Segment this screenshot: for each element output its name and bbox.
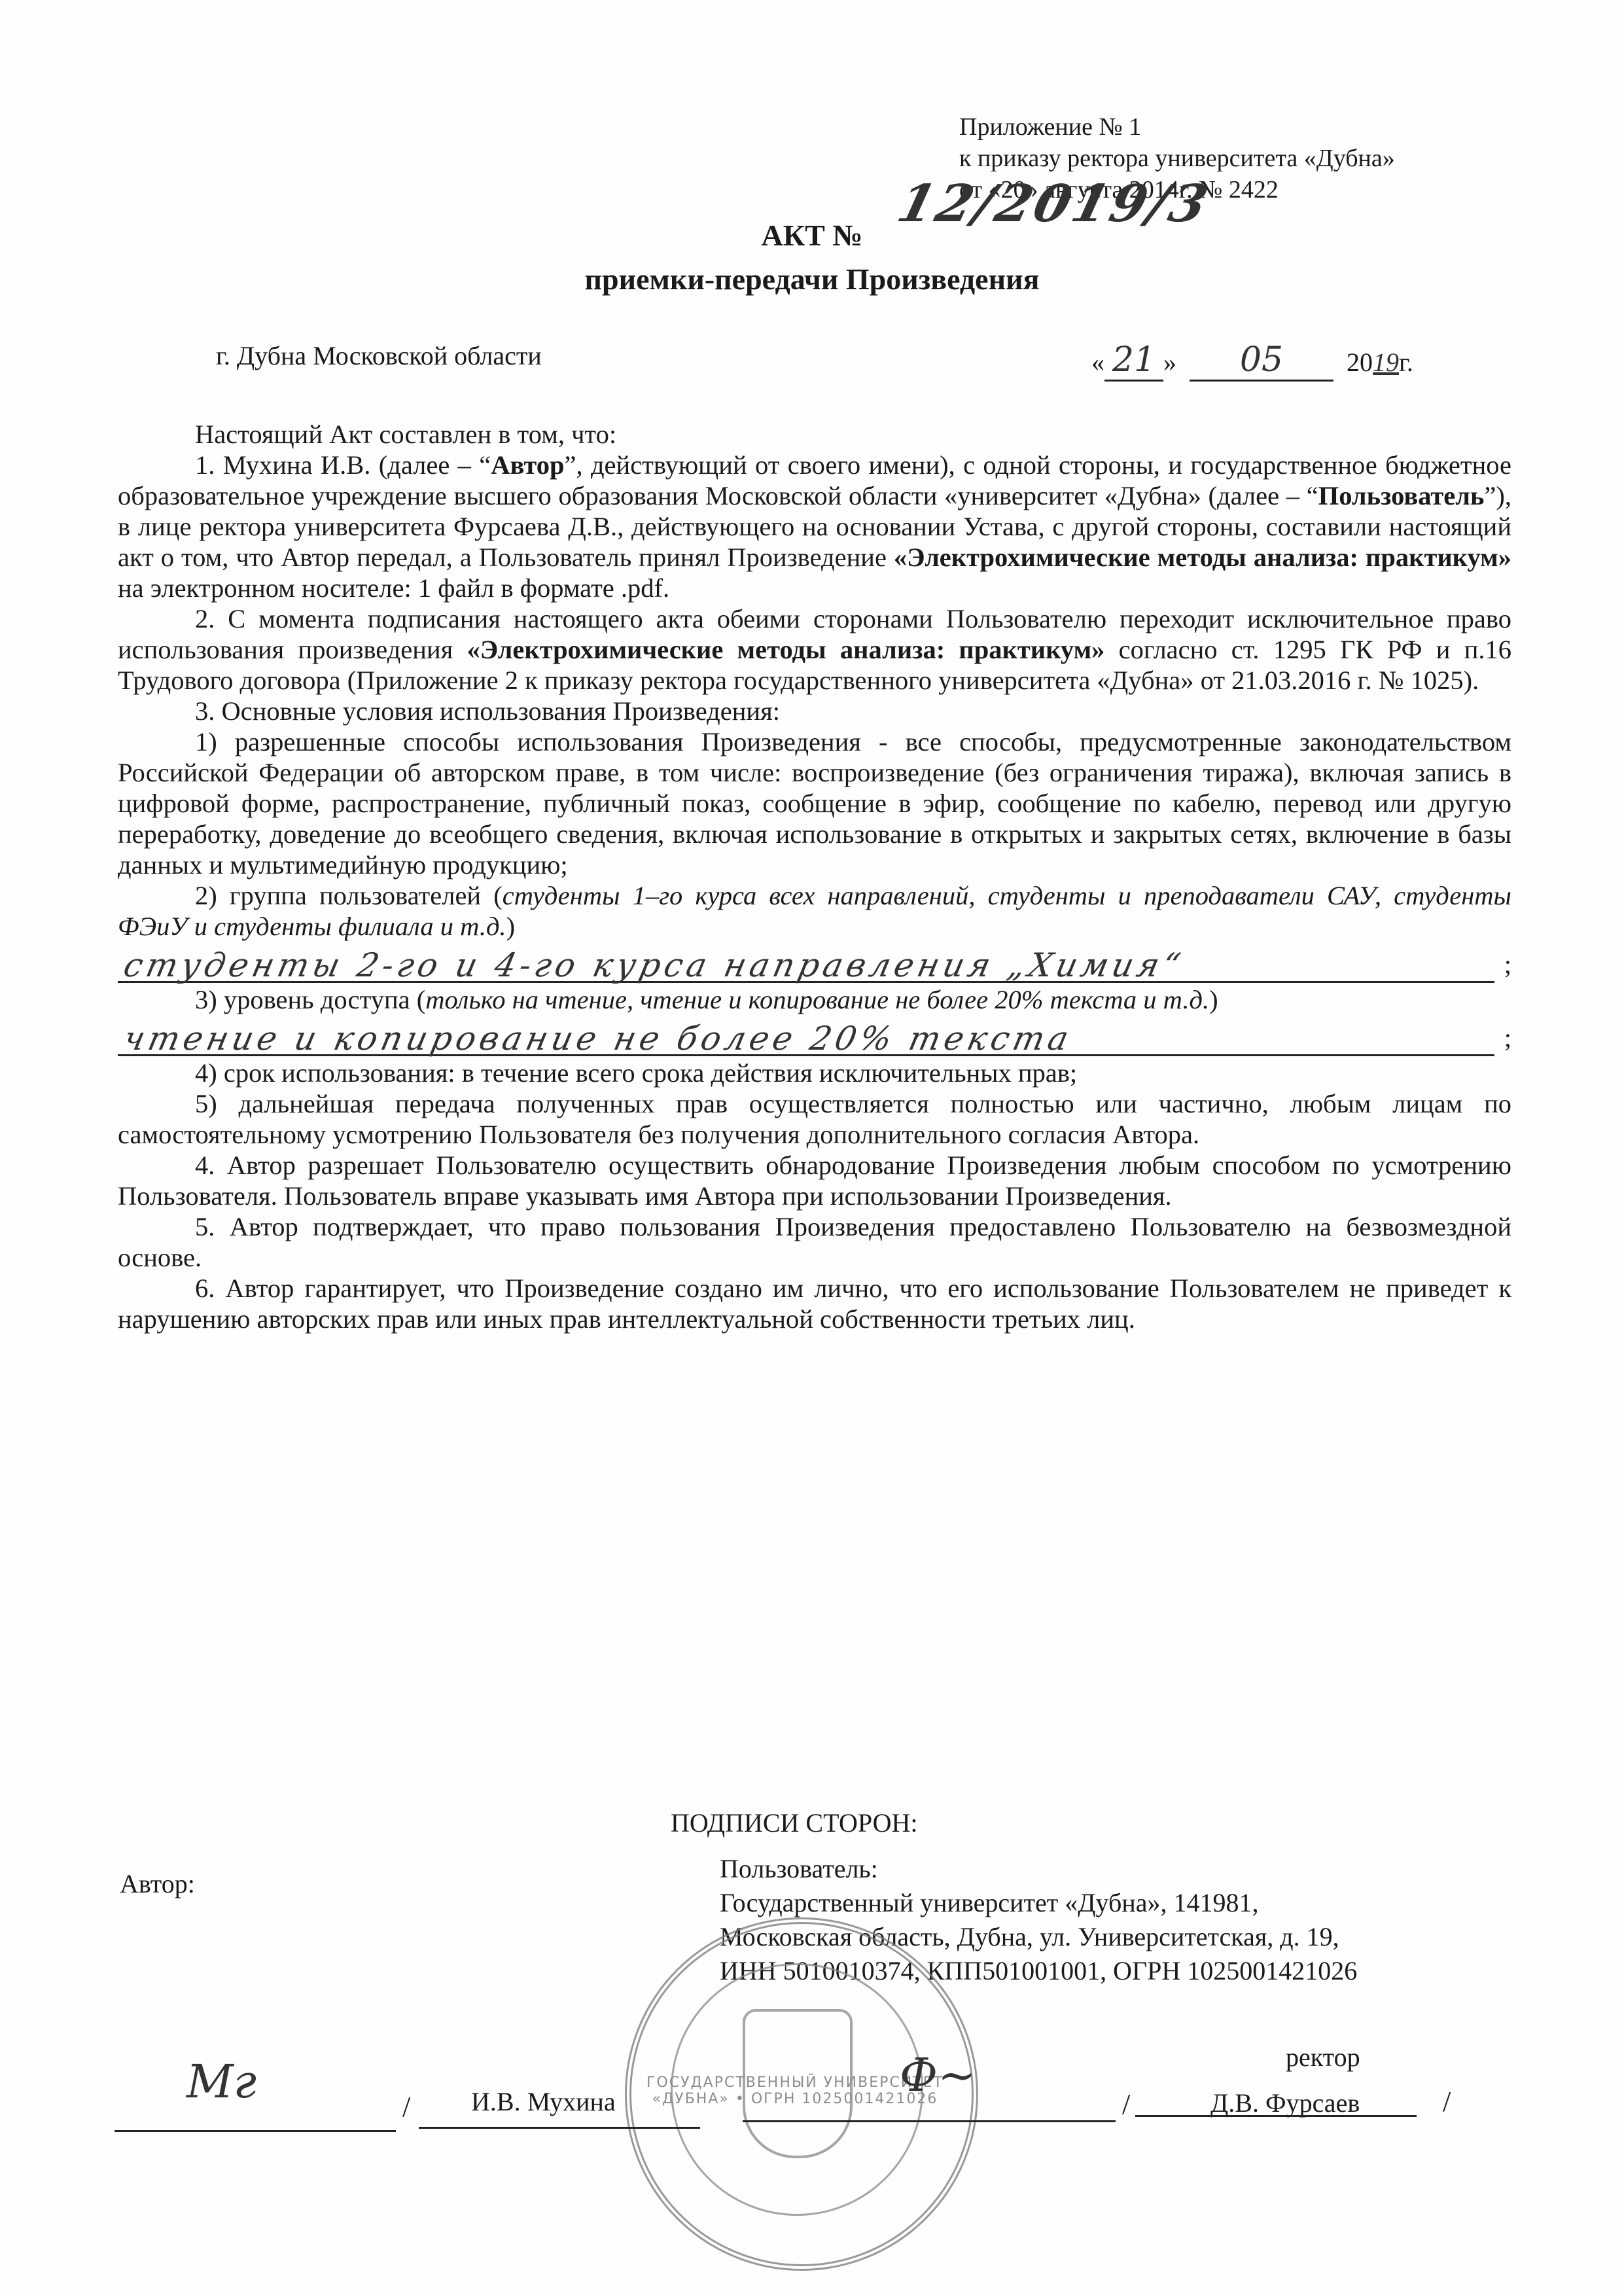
access-level-handwritten: чтение и копирование не более 20% текста (121, 1023, 1075, 1054)
condition-4: 4) срок использования: в течение всего с… (118, 1058, 1511, 1088)
date-day: 21 (1104, 340, 1163, 382)
semicolon: ; (1504, 1022, 1511, 1053)
date-year-suffix: 19 (1373, 347, 1399, 377)
condition-3: 3) уровень доступа (только на чтение, чт… (118, 984, 1511, 1015)
clause-4: 4. Автор разрешает Пользователю осуществ… (118, 1150, 1511, 1211)
text: 2) группа пользователей ( (195, 881, 503, 910)
rector-signature-line (743, 2120, 1116, 2122)
rector-signature: Ф~ (900, 2048, 976, 2102)
author-name: И.В. Мухина (471, 2086, 616, 2117)
author-name-line (419, 2127, 700, 2129)
clause-6: 6. Автор гарантирует, что Произведение с… (118, 1273, 1511, 1334)
condition-2: 2) группа пользователей (студенты 1–го к… (118, 880, 1511, 942)
text: ) (506, 912, 516, 941)
user-address-line: Государственный университет «Дубна», 141… (720, 1886, 1357, 1920)
hint: только на чтение, чтение и копирование н… (425, 985, 1209, 1014)
act-subtitle: приемки-передачи Произведения (0, 259, 1624, 300)
text: 1. Мухина И.В. (далее – “ (195, 450, 491, 480)
work-title: «Электрохимические методы анализа: практ… (894, 543, 1511, 572)
act-title: АКТ № 12/2019/3 (762, 216, 863, 255)
author-signature-line (115, 2130, 396, 2132)
appendix-line: к приказу ректора университета «Дубна» (959, 143, 1395, 174)
user-label: Пользователь: (720, 1852, 1357, 1886)
act-label: АКТ № (762, 219, 863, 252)
text: на электронном носителе: 1 файл в формат… (118, 573, 669, 603)
place: г. Дубна Московской области (216, 340, 542, 371)
quote: » (1163, 347, 1176, 377)
date-year-prefix: 20 (1347, 347, 1373, 377)
clause-3: 3. Основные условия использования Произв… (118, 696, 1511, 726)
text: 3) уровень доступа ( (195, 985, 425, 1014)
separator: / (402, 2090, 410, 2124)
signatures-heading: ПОДПИСИ СТОРОН: (671, 1807, 918, 1838)
date-year-end: г. (1399, 347, 1413, 377)
clause-5: 5. Автор подтверждает, что право пользов… (118, 1211, 1511, 1273)
work-title: «Электрохимические методы анализа: практ… (467, 635, 1105, 664)
intro: Настоящий Акт составлен в том, что: (118, 419, 1511, 450)
author-signature: Мг (186, 2055, 256, 2108)
date-month: 05 (1190, 340, 1333, 382)
clause-2: 2. С момента подписания настоящего акта … (118, 603, 1511, 696)
term-author: Автор (491, 450, 564, 480)
term-user: Пользователь (1318, 481, 1485, 510)
document-title: АКТ № 12/2019/3 приемки-передачи Произве… (0, 216, 1624, 300)
text: ) (1209, 985, 1218, 1014)
separator: / (1443, 2085, 1451, 2118)
document-body: Настоящий Акт составлен в том, что: 1. М… (118, 419, 1511, 1334)
rector-title: ректор (1286, 2042, 1360, 2073)
user-group-handwritten: студенты 2-го и 4-го курса направления „… (121, 950, 1187, 981)
signature-row: Мг / И.В. Мухина Ф~ / ректор Д.В. Фурсае… (115, 2061, 1521, 2140)
author-label: Автор: (120, 1868, 195, 1899)
quote: « (1091, 347, 1104, 377)
user-group-field: студенты 2-го и 4-го курса направления „… (118, 942, 1494, 983)
document-page: Приложение № 1 к приказу ректора универс… (0, 0, 1624, 2295)
rector-name: Д.В. Фурсаев (1210, 2088, 1360, 2118)
act-number-handwritten: 12/2019/3 (894, 185, 1213, 224)
condition-5: 5) дальнейшая передача полученных прав о… (118, 1088, 1511, 1150)
date: «21» 05 2019г. (1091, 340, 1413, 382)
clause-1: 1. Мухина И.В. (далее – “Автор”, действу… (118, 450, 1511, 603)
separator: / (1122, 2088, 1130, 2121)
rector-name-line (1135, 2115, 1417, 2117)
semicolon: ; (1504, 949, 1511, 980)
access-level-field: чтение и копирование не более 20% текста… (118, 1015, 1494, 1056)
condition-1: 1) разрешенные способы использования Про… (118, 726, 1511, 880)
appendix-line: Приложение № 1 (959, 111, 1395, 143)
